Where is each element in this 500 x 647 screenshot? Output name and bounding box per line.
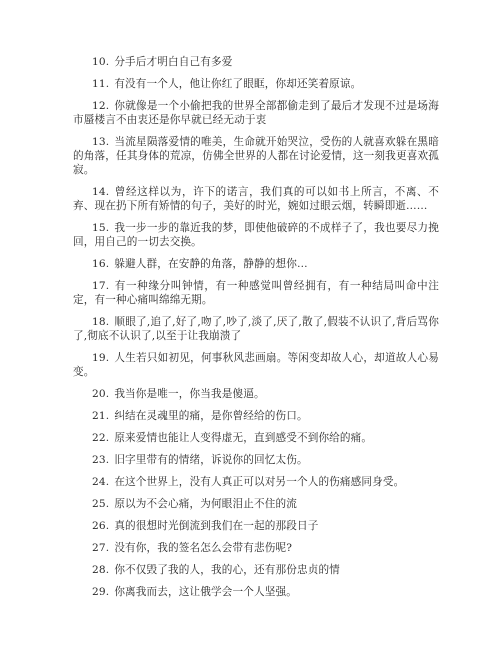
list-item: 15.我一步一步的靠近我的梦，即使他破碎的不成样子了，我也要尽力挽回，用自己的一… — [73, 221, 439, 249]
list-item: 13.当流星陨落爱情的唯美，生命就开始哭泣，受伤的人就喜欢躲在黑暗的角落，任其身… — [73, 135, 439, 177]
item-number: 18. — [92, 316, 109, 328]
item-number: 17. — [92, 280, 109, 292]
item-number: 28. — [92, 564, 109, 576]
item-text: 躲避人群，在安静的角落，静静的想你… — [114, 258, 307, 270]
list-item: 19.人生若只如初见，何事秋风悲画扇。等闲变却故人心，却道故人心易变。 — [73, 351, 439, 379]
document-page: 10.分手后才明白自己有多爱 11.有没有一个人，他让你红了眼眶，你却还笑着原谅… — [0, 0, 500, 647]
item-text: 旧字里带有的情绪，诉说你的回忆太伤。 — [114, 454, 307, 466]
item-text: 当流星陨落爱情的唯美，生命就开始哭泣，受伤的人就喜欢躲在黑暗的角落，任其身体的荒… — [73, 136, 439, 176]
item-text: 你不仅毁了我的人，我的心，还有那份忠贞的情 — [114, 564, 340, 576]
item-number: 19. — [92, 352, 109, 364]
item-text: 曾经这样以为，许下的诺言，我们真的可以如书上所言，不离、不弃、现在扔下所有矫情的… — [73, 186, 439, 212]
list-item: 26.真的很想时光倒流到我们在一起的那段日子 — [73, 519, 439, 533]
item-text: 分手后才明白自己有多爱 — [114, 56, 232, 68]
item-number: 10. — [92, 56, 109, 68]
item-number: 12. — [92, 100, 109, 112]
item-text: 你就像是一个小偷把我的世界全部都偷走到了最后才发现不过是场海市蜃楼言不由衷还是你… — [73, 100, 439, 126]
item-text: 有没有一个人，他让你红了眼眶，你却还笑着原谅。 — [114, 78, 361, 90]
list-item: 18.顺眼了,追了,好了,吻了,吵了,淡了,厌了,散了,假装不认识了,背后骂你了… — [73, 315, 439, 343]
list-item: 17.有一种缘分叫钟情，有一种感觉叫曾经拥有，有一种结局叫命中注定，有一种心痛叫… — [73, 279, 439, 307]
list-item: 29.你离我而去，这让俄学会一个人坚强。 — [73, 585, 439, 599]
list-item: 22.原来爱情也能让人变得虚无，直到感受不到你给的痛。 — [73, 431, 439, 445]
item-number: 25. — [92, 498, 109, 510]
item-number: 27. — [92, 542, 109, 554]
item-number: 22. — [92, 432, 109, 444]
item-text: 原以为不会心痛，为何眼泪止不住的流 — [114, 498, 297, 510]
item-number: 23. — [92, 454, 109, 466]
list-item: 16.躲避人群，在安静的角落，静静的想你… — [73, 257, 439, 271]
list-item: 14.曾经这样以为，许下的诺言，我们真的可以如书上所言，不离、不弃、现在扔下所有… — [73, 185, 439, 213]
item-text: 纠结在灵魂里的痛，是你曾经给的伤口。 — [114, 410, 307, 422]
item-number: 26. — [92, 520, 109, 532]
item-text: 有一种缘分叫钟情，有一种感觉叫曾经拥有，有一种结局叫命中注定，有一种心痛叫绵绵无… — [73, 280, 439, 306]
list-item: 25.原以为不会心痛，为何眼泪止不住的流 — [73, 497, 439, 511]
item-text: 在这个世界上，没有人真正可以对另一个人的伤痛感同身受。 — [114, 476, 404, 488]
item-text: 我一步一步的靠近我的梦，即使他破碎的不成样子了，我也要尽力挽回，用自己的一切去交… — [73, 222, 439, 248]
list-item: 27.没有你，我的签名怎么会带有悲伤呢? — [73, 541, 439, 555]
list-item: 12.你就像是一个小偷把我的世界全部都偷走到了最后才发现不过是场海市蜃楼言不由衷… — [73, 99, 439, 127]
list-item: 20.我当你是唯一，你当我是傻逼。 — [73, 387, 439, 401]
item-number: 13. — [92, 136, 109, 148]
item-text: 人生若只如初见，何事秋风悲画扇。等闲变却故人心，却道故人心易变。 — [73, 352, 439, 378]
list-item: 10.分手后才明白自己有多爱 — [73, 55, 439, 69]
item-text: 我当你是唯一，你当我是傻逼。 — [114, 388, 264, 400]
item-number: 14. — [92, 186, 109, 198]
item-number: 20. — [92, 388, 109, 400]
item-number: 24. — [92, 476, 109, 488]
list-item: 24.在这个世界上，没有人真正可以对另一个人的伤痛感同身受。 — [73, 475, 439, 489]
item-number: 11. — [92, 78, 109, 90]
list-item: 23.旧字里带有的情绪，诉说你的回忆太伤。 — [73, 453, 439, 467]
list-item: 28.你不仅毁了我的人，我的心，还有那份忠贞的情 — [73, 563, 439, 577]
item-text: 原来爱情也能让人变得虚无，直到感受不到你给的痛。 — [114, 432, 372, 444]
item-number: 16. — [92, 258, 109, 270]
item-number: 29. — [92, 586, 109, 598]
document-body: 10.分手后才明白自己有多爱 11.有没有一个人，他让你红了眼眶，你却还笑着原谅… — [73, 55, 439, 607]
item-number: 15. — [92, 222, 109, 234]
item-text: 没有你，我的签名怎么会带有悲伤呢? — [114, 542, 292, 554]
item-text: 顺眼了,追了,好了,吻了,吵了,淡了,厌了,散了,假装不认识了,背后骂你了,彻底… — [73, 316, 439, 342]
item-text: 真的很想时光倒流到我们在一起的那段日子 — [114, 520, 318, 532]
item-text: 你离我而去，这让俄学会一个人坚强。 — [114, 586, 297, 598]
list-item: 11.有没有一个人，他让你红了眼眶，你却还笑着原谅。 — [73, 77, 439, 91]
list-item: 21.纠结在灵魂里的痛，是你曾经给的伤口。 — [73, 409, 439, 423]
item-number: 21. — [92, 410, 109, 422]
